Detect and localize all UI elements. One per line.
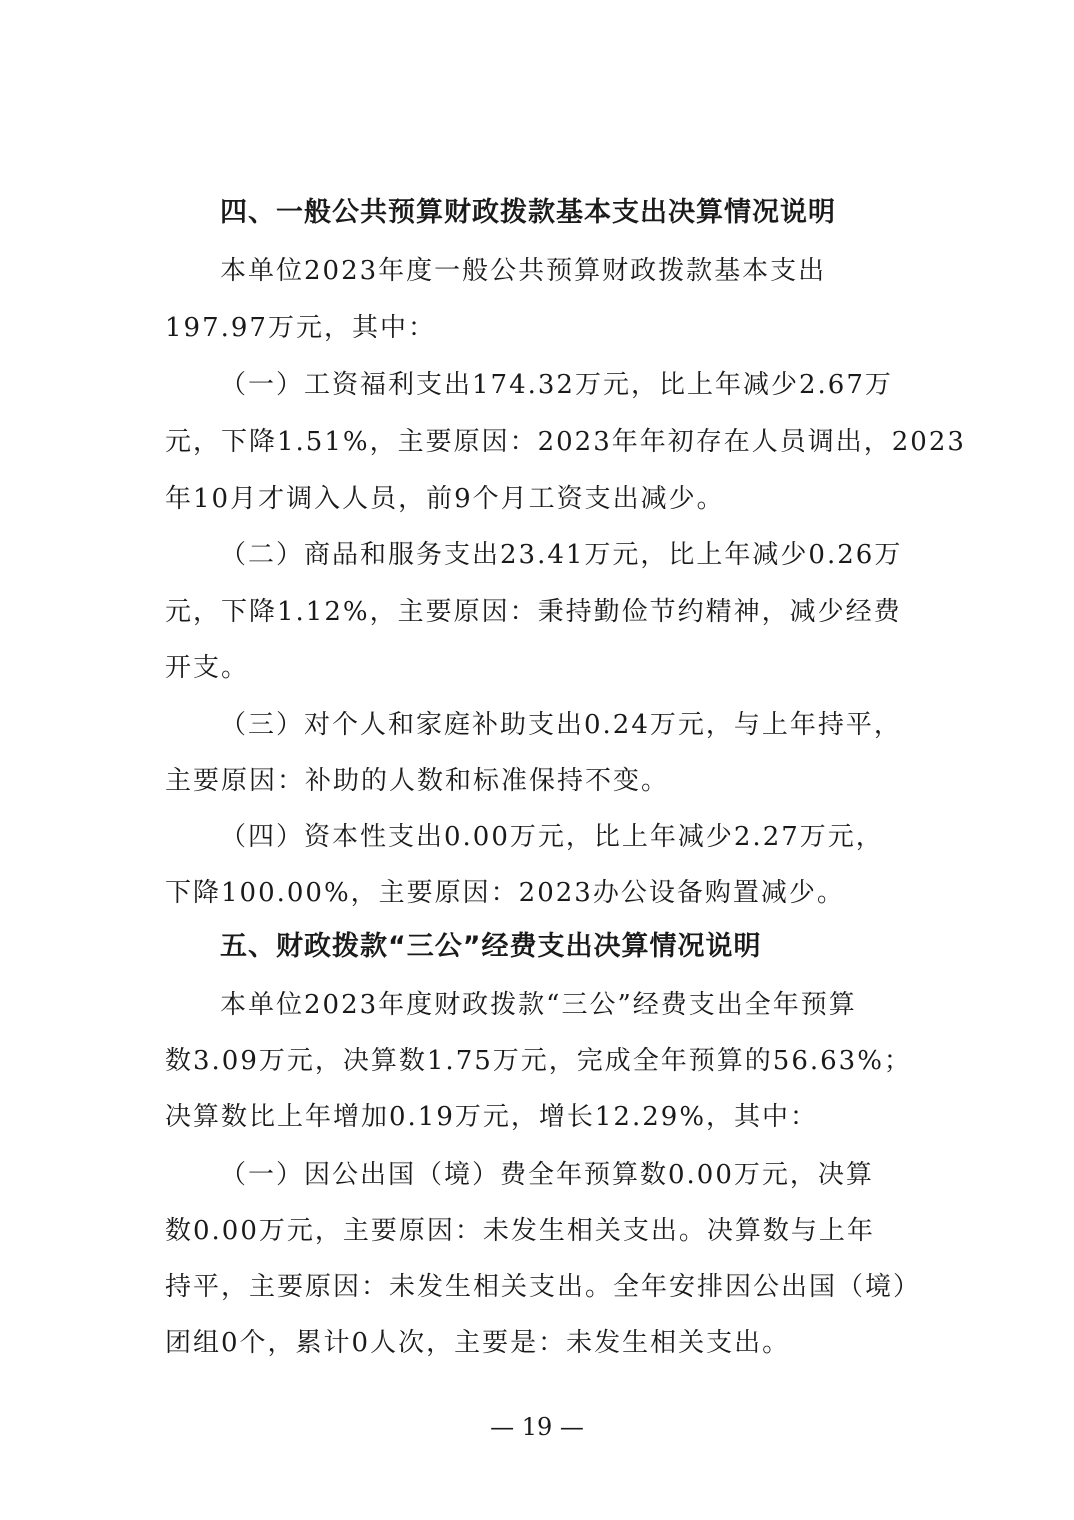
paragraph-line: 197.97万元，其中： [165, 313, 436, 343]
paragraph-line: （二）商品和服务支出23.41万元，比上年减少0.26万 [220, 540, 902, 570]
paragraph-line: 本单位2023年度财政拨款“三公”经费支出全年预算 [220, 990, 857, 1020]
paragraph-line: 下降100.00%，主要原因：2023办公设备购置减少。 [165, 878, 845, 908]
paragraph-line: 数0.00万元，主要原因：未发生相关支出。决算数与上年 [165, 1216, 875, 1246]
section-5-heading: 五、财政拨款“三公”经费支出决算情况说明 [220, 932, 762, 962]
paragraph-line: 主要原因：补助的人数和标准保持不变。 [165, 766, 669, 796]
paragraph-line: （四）资本性支出0.00万元，比上年减少2.27万元， [220, 822, 884, 852]
paragraph-line: （一）因公出国（境）费全年预算数0.00万元，决算 [220, 1160, 874, 1190]
paragraph-line: 开支。 [165, 653, 249, 683]
paragraph-line: （三）对个人和家庭补助支出0.24万元，与上年持平， [220, 710, 902, 740]
paragraph-line: 决算数比上年增加0.19万元，增长12.29%，其中： [165, 1102, 818, 1132]
paragraph-line: 持平，主要原因：未发生相关支出。全年安排因公出国（境） [165, 1272, 921, 1302]
section-4-heading: 四、一般公共预算财政拨款基本支出决算情况说明 [220, 198, 836, 228]
paragraph-line: 团组0个，累计0人次，主要是：未发生相关支出。 [165, 1328, 790, 1358]
page-number: — 19 — [0, 1412, 1074, 1442]
paragraph-line: 元，下降1.12%，主要原因：秉持勤俭节约精神，减少经费 [165, 597, 902, 627]
paragraph-line: 数3.09万元，决算数1.75万元，完成全年预算的56.63%； [165, 1046, 912, 1076]
paragraph-line: 年10月才调入人员，前9个月工资支出减少。 [165, 484, 725, 514]
paragraph-line: 元，下降1.51%，主要原因：2023年年初存在人员调出，2023 [165, 427, 966, 457]
paragraph-line: 本单位2023年度一般公共预算财政拨款基本支出 [220, 256, 826, 286]
paragraph-line: （一）工资福利支出174.32万元，比上年减少2.67万 [220, 370, 893, 400]
